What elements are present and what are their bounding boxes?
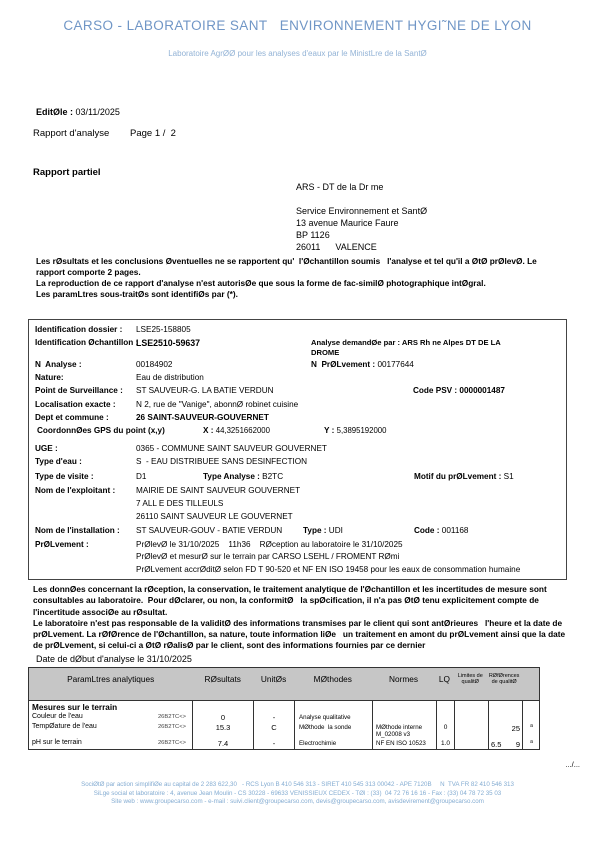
recipient-line: 26011 VALENCE bbox=[296, 241, 427, 253]
result-value: 0 bbox=[193, 712, 253, 722]
result-cell: 15.3 bbox=[193, 722, 254, 738]
section-title: Mesures sur le terrain bbox=[29, 701, 192, 712]
lq-cell: 1.0 bbox=[437, 738, 455, 749]
lq-value: 0 bbox=[437, 722, 454, 731]
limit-cell bbox=[455, 722, 489, 738]
recipient-line: 13 avenue Maurice Faure bbox=[296, 217, 427, 229]
notice-line: Les rØsultats et les conclusions Øventue… bbox=[36, 256, 564, 278]
installation-label: Nom de l'installation : bbox=[35, 526, 120, 535]
col-header-normes: Normes bbox=[372, 668, 436, 684]
surveillance-label: Point de Surveillance : bbox=[35, 386, 123, 395]
results-table-header: ParamLtres analytiques RØsultats UnitØs … bbox=[29, 668, 539, 701]
visite-label: Type de visite : bbox=[35, 472, 94, 481]
method-value: MØthode la sonde bbox=[295, 722, 372, 731]
gps-y-label: Y : bbox=[324, 426, 334, 435]
notice-line: La reproduction de ce rapport d'analyse … bbox=[36, 278, 564, 289]
norm-value: NF EN ISO 10523 bbox=[373, 738, 436, 747]
note-value: a bbox=[523, 738, 540, 745]
type-eau-value: S - EAU DISTRIBUEE SANS DESINFECTION bbox=[136, 457, 307, 466]
num-prelevement-label: N PrØLvement : bbox=[311, 360, 375, 369]
note-value: a bbox=[523, 722, 540, 729]
company-footer: SociØtØ par action simplifiØe au capital… bbox=[0, 781, 595, 807]
exploitant-line1: MAIRIE DE SAINT SAUVEUR GOUVERNET bbox=[136, 486, 300, 495]
continuation-mark: .../... bbox=[538, 760, 580, 769]
exploitant-line2: 7 ALL E DES TILLEULS bbox=[136, 499, 223, 508]
gps-x: X : 44,3251662000 bbox=[203, 426, 270, 435]
ref-max: 25 bbox=[512, 724, 520, 733]
code-value: 001168 bbox=[442, 526, 469, 535]
col-header-lq: LQ bbox=[435, 668, 453, 684]
col-header-notes bbox=[521, 668, 539, 674]
norm-cell: NF EN ISO 10523 bbox=[373, 738, 437, 749]
result-value: 7.4 bbox=[193, 738, 253, 748]
recipient-address: ARS - DT de la Dr me Service Environneme… bbox=[296, 181, 427, 253]
report-type: Rapport d'analyse bbox=[33, 128, 109, 139]
footer-legal-line: SociØtØ par action simplifiØe au capital… bbox=[0, 781, 595, 790]
liability-para: Les donnØes concernant la rØception, la … bbox=[33, 584, 567, 618]
result-cell: 0 bbox=[193, 712, 254, 722]
uge-label: UGE : bbox=[35, 444, 58, 453]
recipient-line: BP 1126 bbox=[296, 229, 427, 241]
param-code: 26B2TC<> bbox=[158, 723, 186, 730]
edit-date-line: EditØle : 03/11/2025 bbox=[36, 107, 120, 117]
param-name: TempØature de l'eau bbox=[32, 723, 97, 730]
norm-value bbox=[373, 712, 436, 714]
limit-cell bbox=[455, 712, 489, 722]
installation-type: Type : UDI bbox=[303, 526, 343, 535]
param-code: 26B2TC<> bbox=[158, 739, 186, 746]
analyse-demandee: Analyse demandØe par : ARS Rh ne Alpes D… bbox=[311, 338, 516, 358]
limit-value bbox=[455, 712, 488, 714]
edit-date-value: 03/11/2025 bbox=[76, 107, 120, 117]
col-header-parametres: ParamLtres analytiques bbox=[29, 668, 192, 684]
empty-cell bbox=[254, 701, 295, 712]
num-prelevement-value: 00177644 bbox=[377, 360, 413, 369]
limit-value bbox=[455, 738, 488, 740]
installation-value: ST SAUVEUR-GOUV - BATIE VERDUN bbox=[136, 526, 282, 535]
results-notice: Les rØsultats et les conclusions Øventue… bbox=[36, 256, 564, 300]
num-analyse-label: N Analyse : bbox=[35, 360, 82, 369]
nature-value: Eau de distribution bbox=[136, 373, 204, 382]
col-header-limites: Limites de qualitØ bbox=[453, 668, 487, 685]
type-analyse-value: B2TC bbox=[262, 472, 283, 481]
param-name: pH sur le terrain bbox=[32, 739, 82, 746]
empty-cell bbox=[295, 701, 373, 712]
visite-value: D1 bbox=[136, 472, 146, 481]
note-value bbox=[523, 712, 540, 713]
method-value: Electrochimie bbox=[295, 738, 372, 747]
notice-line: Les paramLtres sous-traitØs sont identif… bbox=[36, 289, 564, 300]
unit-value: - bbox=[254, 712, 294, 722]
col-header-methodes: MØthodes bbox=[294, 668, 372, 684]
gps-y: Y : 5,3895192000 bbox=[324, 426, 386, 435]
footer-address-line: SiLge social et laboratoire : 4, avenue … bbox=[0, 790, 595, 799]
reference-cell: 6.59 bbox=[489, 738, 523, 749]
motif-label: Motif du prØLvement : bbox=[414, 472, 501, 481]
results-table: ParamLtres analytiques RØsultats UnitØs … bbox=[28, 667, 540, 750]
exploitant-line3: 26110 SAINT SAUVEUR LE GOUVERNET bbox=[136, 512, 293, 521]
empty-cell bbox=[193, 701, 254, 712]
empty-cell bbox=[437, 701, 455, 712]
identification-box: Identification dossier : LSE25-158805 Id… bbox=[28, 319, 567, 580]
report-page: CARSO - LABORATOIRE SANT ENVIRONNEMENT H… bbox=[0, 0, 595, 841]
recipient-gap bbox=[296, 193, 427, 205]
dept-label: Dept et commune : bbox=[35, 413, 109, 422]
col-header-unites: UnitØs bbox=[253, 668, 294, 684]
lab-title: CARSO - LABORATOIRE SANT ENVIRONNEMENT H… bbox=[0, 18, 595, 33]
echantillon-label: Identification Øchantillon : bbox=[35, 338, 138, 347]
param-cell: pH sur le terrain26B2TC<> bbox=[29, 738, 193, 749]
recipient-line: ARS - DT de la Dr me bbox=[296, 181, 427, 193]
prelevement-label: PrØLvement : bbox=[35, 540, 89, 549]
unit-value: C bbox=[254, 722, 294, 732]
lq-cell bbox=[437, 712, 455, 722]
limit-cell bbox=[455, 738, 489, 749]
norm-cell bbox=[373, 712, 437, 722]
ref-max: 9 bbox=[516, 740, 520, 749]
num-prelevement: N PrØLvement : 00177644 bbox=[311, 360, 414, 369]
unit-cell: - bbox=[254, 738, 295, 749]
unit-value: - bbox=[254, 738, 294, 748]
result-value: 15.3 bbox=[193, 722, 253, 732]
lq-value: 1.0 bbox=[437, 738, 454, 747]
gps-label: CoordonnØes GPS du point (x,y) bbox=[37, 426, 165, 435]
analysis-start-date: Date de dØbut d'analyse le 31/10/2025 bbox=[36, 654, 192, 664]
param-name: Couleur de l'eau bbox=[32, 713, 83, 720]
empty-cell bbox=[455, 701, 489, 712]
liability-para: Le laboratoire n'est pas responsable de … bbox=[33, 618, 567, 652]
liability-notice: Les donnØes concernant la rØception, la … bbox=[33, 584, 567, 652]
prelevement-line1: PrØlevØ le 31/10/2025 11h36 RØception au… bbox=[136, 540, 403, 549]
lq-value bbox=[437, 712, 454, 714]
prelevement-line3: PrØLvement accrØditØ selon FD T 90-520 e… bbox=[136, 564, 536, 575]
localisation-label: Localisation exacte : bbox=[35, 400, 116, 409]
norm-cell: MØthode interne M_02008 v3 bbox=[373, 722, 437, 738]
method-value: Analyse qualitative bbox=[295, 712, 372, 721]
method-cell: MØthode la sonde bbox=[295, 722, 373, 738]
type-analyse-label: Type Analyse : bbox=[203, 472, 260, 481]
unit-cell: C bbox=[254, 722, 295, 738]
col-header-references: RØfØrences de qualitØ bbox=[487, 668, 521, 685]
param-cell: TempØature de l'eau26B2TC<> bbox=[29, 722, 193, 738]
reference-cell bbox=[489, 712, 523, 722]
section-cell: Mesures sur le terrain bbox=[29, 701, 193, 712]
localisation-value: N 2, rue de "Vanige", abonnØ robinet cui… bbox=[136, 400, 298, 409]
gps-x-label: X : bbox=[203, 426, 213, 435]
type-label: Type : bbox=[303, 526, 327, 535]
recipient-line: Service Environnement et SantØ bbox=[296, 205, 427, 217]
code-label: Code : bbox=[414, 526, 439, 535]
nature-label: Nature: bbox=[35, 373, 64, 382]
type-analyse: Type Analyse : B2TC bbox=[203, 472, 283, 481]
param-code: 26B2TC<> bbox=[158, 713, 186, 720]
gps-x-value: 44,3251662000 bbox=[216, 426, 270, 435]
gps-y-value: 5,3895192000 bbox=[337, 426, 387, 435]
dossier-label: Identification dossier : bbox=[35, 325, 122, 334]
unit-cell: - bbox=[254, 712, 295, 722]
note-cell bbox=[523, 712, 540, 722]
col-header-resultats: RØsultats bbox=[192, 668, 253, 684]
type-eau-label: Type d'eau : bbox=[35, 457, 82, 466]
note-cell: a bbox=[523, 722, 540, 738]
page-number: Page 1 / 2 bbox=[130, 128, 176, 139]
surveillance-value: ST SAUVEUR-G. LA BATIE VERDUN bbox=[136, 386, 274, 395]
echantillon-value: LSE2510-59637 bbox=[136, 338, 200, 348]
empty-cell bbox=[373, 701, 437, 712]
report-type-line: Rapport d'analyse Page 1 / 2 bbox=[33, 128, 109, 139]
lq-cell: 0 bbox=[437, 722, 455, 738]
prelevement-line2: PrØlevØ et mesurØ sur le terrain par CAR… bbox=[136, 552, 399, 561]
empty-cell bbox=[523, 701, 540, 712]
result-cell: 7.4 bbox=[193, 738, 254, 749]
empty-cell bbox=[489, 701, 523, 712]
norm-value: MØthode interne M_02008 v3 bbox=[373, 722, 436, 738]
partial-report-label: Rapport partiel bbox=[33, 167, 101, 178]
footer-web-line: Site web : www.groupecarso.com - e-mail … bbox=[0, 798, 595, 807]
ref-min: 6.5 bbox=[491, 740, 501, 749]
edit-date-label: EditØle : bbox=[36, 107, 73, 117]
param-cell: Couleur de l'eau26B2TC<> bbox=[29, 712, 193, 722]
code-psv: Code PSV : 0000001487 bbox=[413, 386, 505, 395]
motif: Motif du prØLvement : S1 bbox=[414, 472, 514, 481]
uge-value: 0365 - COMMUNE SAINT SAUVEUR GOUVERNET bbox=[136, 444, 327, 453]
limit-value bbox=[455, 722, 488, 724]
method-cell: Electrochimie bbox=[295, 738, 373, 749]
lab-subtitle: Laboratoire AgrØØ pour les analyses d'ea… bbox=[0, 49, 595, 58]
dossier-value: LSE25-158805 bbox=[136, 325, 191, 334]
installation-code: Code : 001168 bbox=[414, 526, 468, 535]
motif-value: S1 bbox=[504, 472, 514, 481]
num-analyse-value: 00184902 bbox=[136, 360, 172, 369]
type-value: UDI bbox=[329, 526, 343, 535]
results-table-body: Mesures sur le terrain Couleur de l'eau2… bbox=[29, 701, 539, 749]
dept-value: 26 SAINT-SAUVEUR-GOUVERNET bbox=[136, 413, 269, 422]
exploitant-label: Nom de l'exploitant : bbox=[35, 486, 115, 495]
method-cell: Analyse qualitative bbox=[295, 712, 373, 722]
reference-cell: 25 bbox=[489, 722, 523, 738]
note-cell: a bbox=[523, 738, 540, 749]
